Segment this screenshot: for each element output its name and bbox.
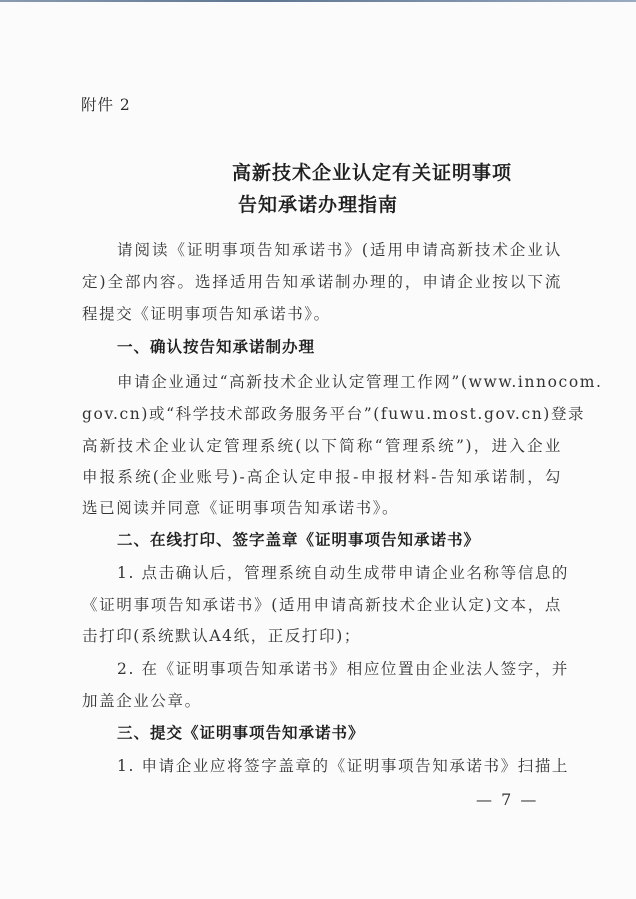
paragraph-line: 1. 申请企业应将签字盖章的《证明事项告知承诺书》扫描上	[117, 754, 562, 776]
paragraph-line: 2. 在《证明事项告知承诺书》相应位置由企业法人签字，并	[117, 657, 562, 679]
document-title-line-2: 告知承诺办理指南	[0, 190, 636, 217]
paragraph-line: 程提交《证明事项告知承诺书》。	[82, 302, 562, 324]
paragraph-line: 申报系统(企业账号)-高企认定申报-申报材料-告知承诺制，勾	[82, 465, 562, 487]
document-title-line-1: 高新技术企业认定有关证明事项	[54, 158, 636, 185]
attachment-label: 附件 2	[81, 93, 131, 115]
paragraph-line: 1. 点击确认后，管理系统自动生成带申请企业名称等信息的	[117, 561, 562, 583]
paragraph-line: 申请企业通过“高新技术企业认定管理工作网”(www.innocom.	[117, 370, 562, 392]
paragraph-line: 选已阅读并同意《证明事项告知承诺书》。	[82, 496, 562, 518]
section-heading-2: 二、在线打印、签字盖章《证明事项告知承诺书》	[117, 528, 562, 550]
paragraph-line: 《证明事项告知承诺书》(适用申请高新技术企业认定)文本，点	[82, 593, 562, 615]
section-heading-3: 三、提交《证明事项告知承诺书》	[117, 721, 562, 743]
paragraph-line: 击打印(系统默认A4纸，正反打印)；	[82, 624, 562, 646]
document-page: 附件 2 高新技术企业认定有关证明事项 告知承诺办理指南 请阅读《证明事项告知承…	[0, 0, 636, 899]
paragraph-line: 请阅读《证明事项告知承诺书》(适用申请高新技术企业认	[117, 238, 562, 260]
paragraph-line: 加盖企业公章。	[82, 689, 562, 711]
section-heading-1: 一、确认按告知承诺制办理	[117, 335, 562, 357]
page-number: — 7 —	[476, 790, 538, 809]
paragraph-line: gov.cn)或“科学技术部政务服务平台”(fuwu.most.gov.cn)登…	[82, 402, 562, 424]
paragraph-line: 定)全部内容。选择适用告知承诺制办理的，申请企业按以下流	[82, 270, 562, 292]
paragraph-line: 高新技术企业认定管理系统(以下简称“管理系统”)，进入企业	[82, 434, 562, 456]
